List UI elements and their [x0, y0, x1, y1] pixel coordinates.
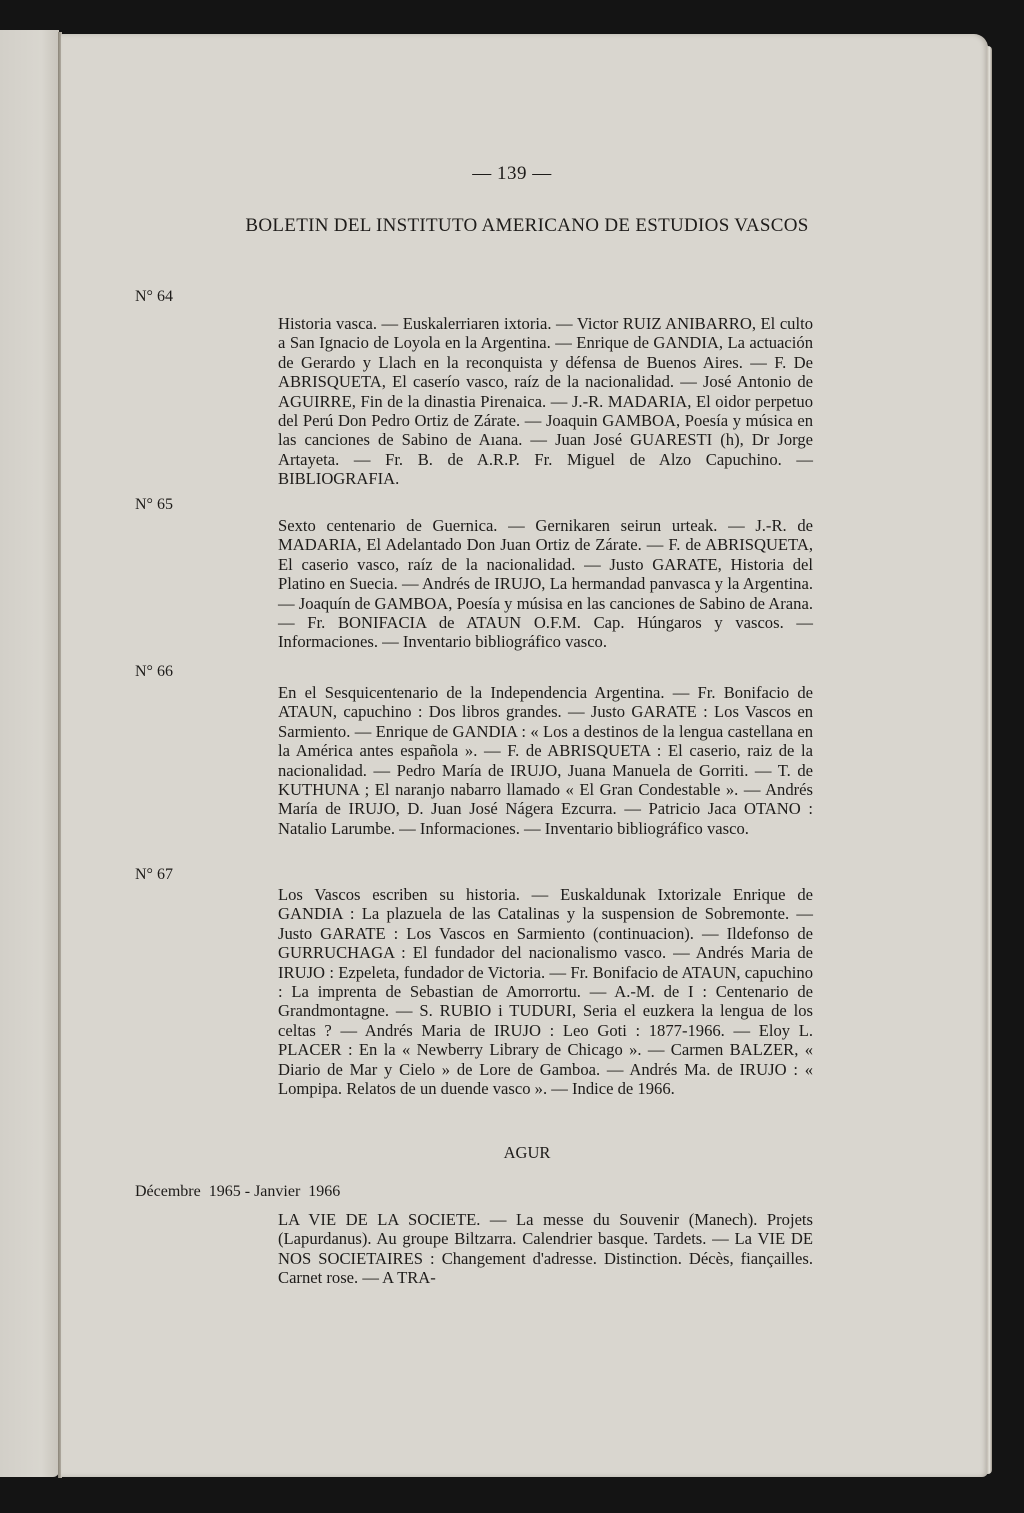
facing-left-page	[0, 30, 59, 1477]
journal-title: BOLETIN DEL INSTITUTO AMERICANO DE ESTUD…	[0, 215, 1024, 237]
issue-label-64: N° 64	[135, 288, 173, 306]
agur-date-label: Décembre 1965 - Janvier 1966	[135, 1183, 340, 1201]
issue-label-67: N° 67	[135, 866, 173, 884]
issue-contents-64: Historia vasca. — Euskalerriaren ixtoria…	[278, 314, 813, 489]
agur-contents: LA VIE DE LA SOCIETE. — La messe du Souv…	[278, 1210, 813, 1288]
section-title-agur: AGUR	[0, 1143, 1024, 1163]
issue-label-65: N° 65	[135, 496, 173, 514]
issue-contents-66: En el Sesquicentenario de la Independenc…	[278, 683, 813, 838]
issue-label-66: N° 66	[135, 663, 173, 681]
page-edge	[987, 46, 992, 1474]
page-number: — 139 —	[0, 163, 1024, 185]
issue-contents-67: Los Vascos escriben su historia. — Euska…	[278, 885, 813, 1098]
issue-contents-65: Sexto centenario de Guernica. — Gernikar…	[278, 516, 813, 652]
